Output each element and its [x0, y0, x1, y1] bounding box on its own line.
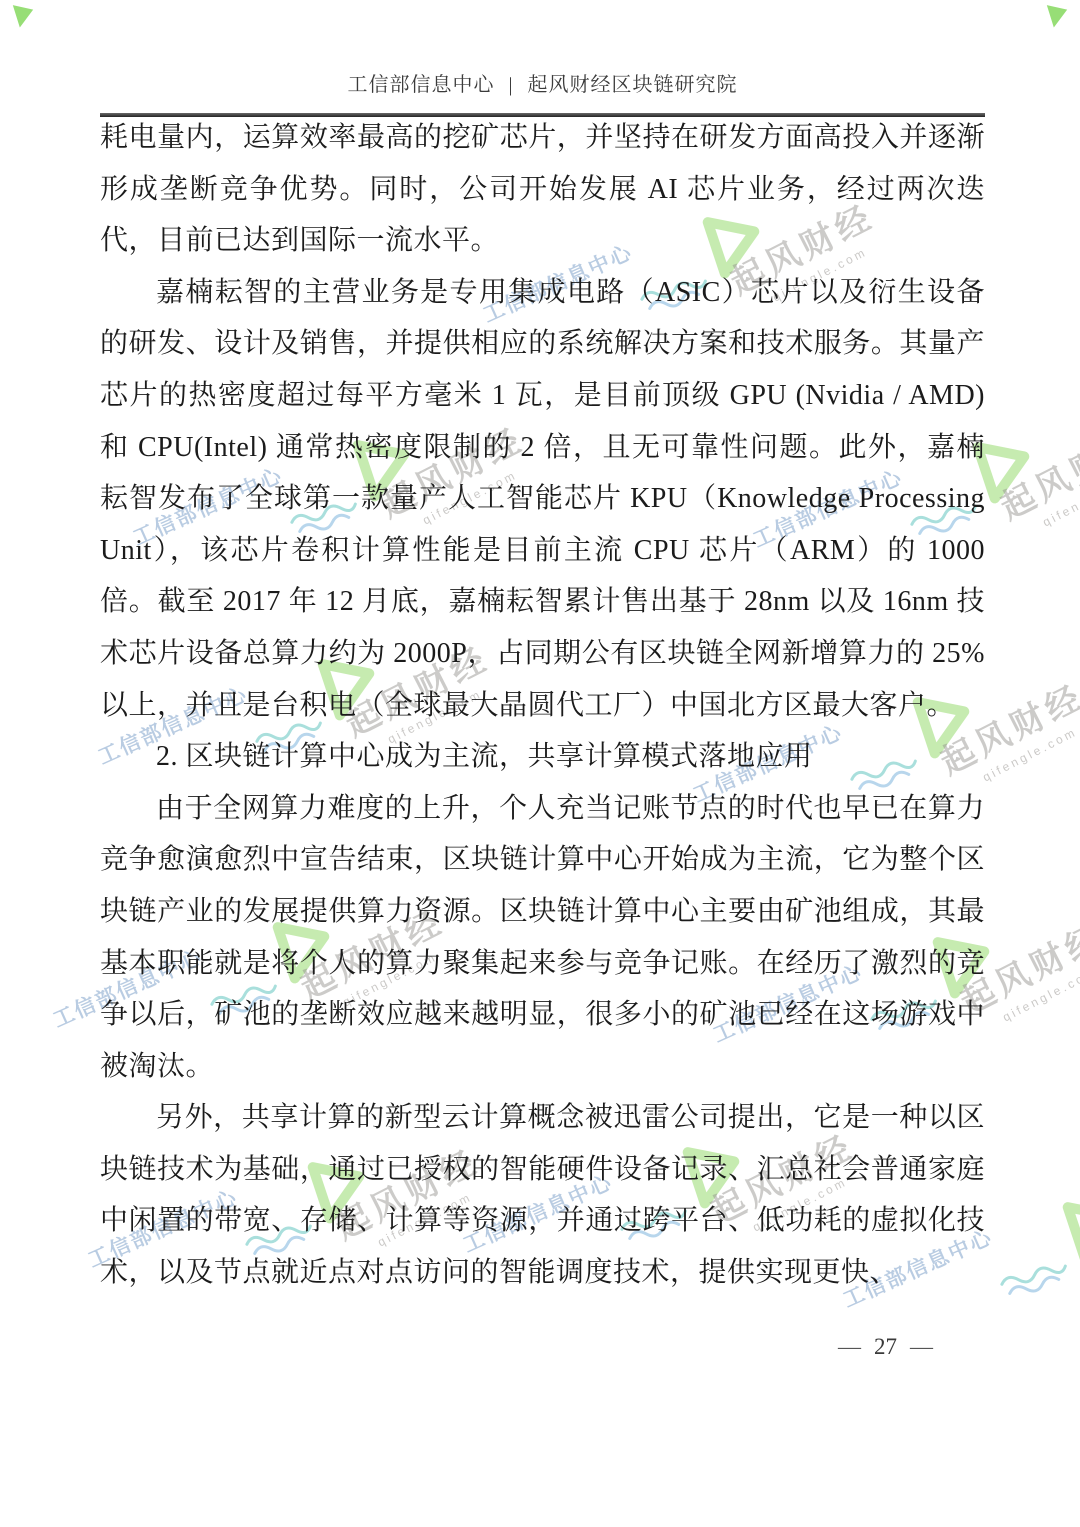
body-text: 耗电量内，运算效率最高的挖矿芯片，并坚持在研发方面高投入并逐渐形成垄断竞争优势。… — [100, 112, 985, 1299]
paragraph: 由于全网算力难度的上升，个人充当记账节点的时代也早已在算力竞争愈演愈烈中宣告结束… — [100, 783, 985, 1093]
watermark-brand-url: qifengle.com — [1040, 460, 1080, 530]
page-number: 27 — [874, 1334, 897, 1360]
watermark-triangle-icon — [1041, 2, 1073, 30]
watermark-brand-url: qifengle.com — [980, 715, 1080, 785]
header-separator: | — [508, 74, 513, 96]
watermark-triangle-icon — [7, 2, 39, 30]
page-number-dash-right: — — [910, 1334, 933, 1360]
watermark-brand-block: 起风财经 qifengle.com — [990, 414, 1080, 543]
document-page: 工信部信息中心 起风财经 qifengle.com 工信部信息中心 — [0, 0, 1080, 1527]
paragraph: 另外，共享计算的新型云计算概念被迅雷公司提出，它是一种以区块链技术为基础，通过已… — [100, 1092, 985, 1298]
section-heading: 2. 区块链计算中心成为主流，共享计算模式落地应用 — [100, 731, 985, 783]
watermark-brand-text: 起风财经 — [990, 414, 1080, 528]
page-header: 工信部信息中心|起风财经区块链研究院 — [100, 68, 985, 97]
watermark-wave-icon — [997, 1257, 1072, 1303]
watermark-brand-url: qifengle.com — [1000, 955, 1080, 1025]
paragraph: 耗电量内，运算效率最高的挖矿芯片，并坚持在研发方面高投入并逐渐形成垄断竞争优势。… — [100, 112, 985, 267]
header-institute-name: 起风财经区块链研究院 — [528, 74, 738, 96]
header-org-name: 工信部信息中心 — [347, 74, 494, 96]
paragraph: 嘉楠耘智的主营业务是专用集成电路（ASIC）芯片以及衍生设备的研发、设计及销售，… — [100, 267, 985, 731]
page-number-block: — 27 — — [838, 1334, 933, 1360]
watermark-triangle-logo-icon — [1060, 1196, 1080, 1268]
page-number-dash-left: — — [838, 1334, 861, 1360]
